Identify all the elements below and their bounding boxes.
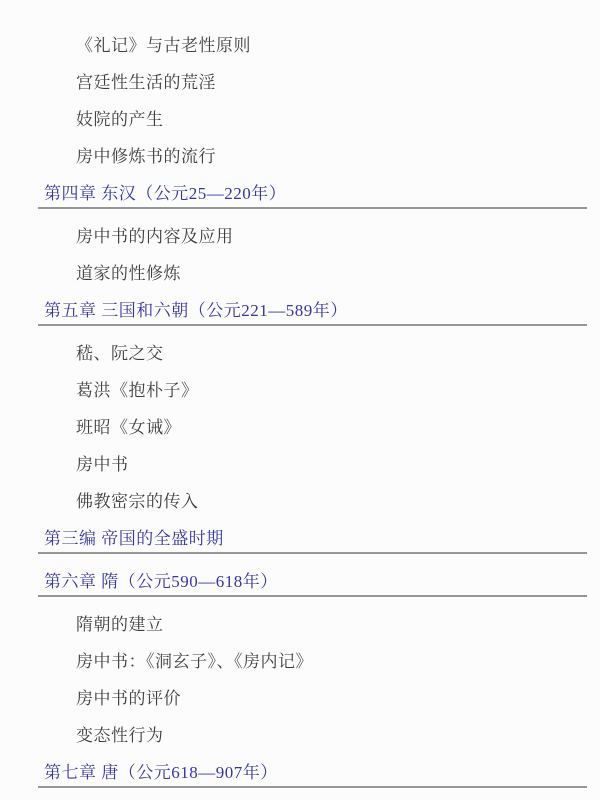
toc-item: 房中书的评价 <box>76 689 587 709</box>
chapter-heading[interactable]: 第六章 隋（公元590—618年） <box>38 572 587 597</box>
toc-item: 嵇、阮之交 <box>76 344 587 364</box>
chapter-heading[interactable]: 第四章 东汉（公元25—220年） <box>38 184 587 209</box>
toc-item: 房中书的内容及应用 <box>76 227 587 247</box>
toc-item: 妓院的产生 <box>76 110 587 130</box>
toc-item: 葛洪《抱朴子》 <box>76 381 587 401</box>
toc-item: 房中修炼书的流行 <box>76 147 587 167</box>
toc-item: 变态性行为 <box>76 726 587 746</box>
chapter-heading[interactable]: 第七章 唐（公元618—907年） <box>38 763 587 788</box>
toc-item: 隋朝的建立 <box>76 615 587 635</box>
toc-list: 《礼记》与古老性原则宫廷性生活的荒淫妓院的产生房中修炼书的流行第四章 东汉（公元… <box>38 36 587 788</box>
chapter-heading[interactable]: 第五章 三国和六朝（公元221—589年） <box>38 301 587 326</box>
toc-item: 班昭《女诫》 <box>76 418 587 438</box>
toc-item: 宫廷性生活的荒淫 <box>76 73 587 93</box>
chapter-heading[interactable]: 第三编 帝国的全盛时期 <box>38 529 587 554</box>
toc-item: 房中书：《洞玄子》、《房内记》 <box>76 652 587 672</box>
toc-item: 道家的性修炼 <box>76 264 587 284</box>
toc-item: 房中书 <box>76 455 587 475</box>
toc-item: 佛教密宗的传入 <box>76 492 587 512</box>
toc-item: 《礼记》与古老性原则 <box>76 36 587 56</box>
toc-page: 《礼记》与古老性原则宫廷性生活的荒淫妓院的产生房中修炼书的流行第四章 东汉（公元… <box>38 0 587 788</box>
